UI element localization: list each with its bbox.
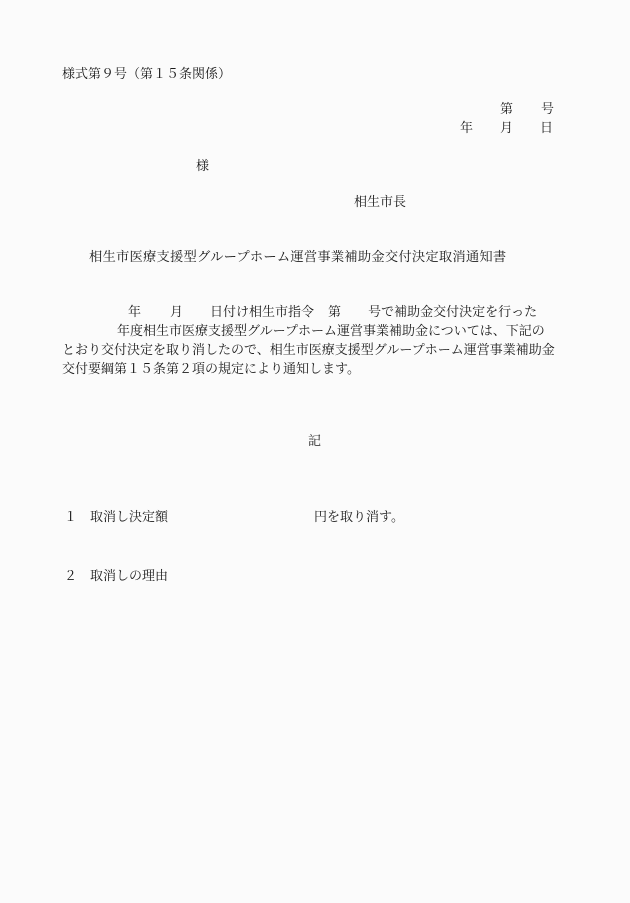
document-title: 相生市医療支援型グループホーム運営事業補助金交付決定取消通知書	[89, 251, 506, 264]
issuer-name: 相生市長	[354, 196, 406, 209]
body-number-prefix: 第	[328, 305, 341, 320]
document-number-suffix: 号	[541, 102, 554, 117]
item-cancellation-reason: ２取消しの理由	[64, 570, 168, 583]
body-date-reference: 日付け相生市指令	[210, 305, 314, 320]
body-month-label: 月	[170, 305, 183, 320]
document-number-prefix: 第	[500, 102, 513, 117]
body-line-3: とおり交付決定を取り消したので、相生市医療支援型グループホーム運営事業補助金	[62, 344, 580, 363]
form-number: 様式第９号（第１５条関係）	[62, 68, 231, 81]
recipient-honorific: 様	[196, 160, 209, 173]
item-2-number: ２	[64, 570, 90, 583]
item-1-label: 取消し決定額	[90, 510, 168, 525]
item-2-label: 取消しの理由	[90, 569, 168, 584]
date-day-label: 日	[540, 121, 553, 136]
date-year-label: 年	[460, 121, 473, 136]
date-month-label: 月	[500, 121, 513, 136]
item-1-suffix: 円を取り消す。	[314, 510, 404, 525]
body-number-suffix: 号で補助金交付決定を行った	[368, 305, 537, 320]
body-year-label: 年	[128, 305, 141, 320]
item-1-number: １	[64, 511, 90, 524]
body-line-4: 交付要綱第１５条第２項の規定により通知します。	[62, 363, 580, 382]
body-paragraph: 年月日付け相生市指令第号で補助金交付決定を行った 年度相生市医療支援型グループホ…	[62, 306, 580, 382]
document-number-line: 第号	[500, 103, 554, 116]
body-line-2-text: 年度相生市医療支援型グループホーム運営事業補助金については、下記の	[117, 324, 545, 339]
document-date-line: 年月日	[460, 122, 553, 135]
item-cancellation-amount: １取消し決定額円を取り消す。	[64, 511, 404, 524]
body-line-1: 年月日付け相生市指令第号で補助金交付決定を行った	[62, 306, 580, 325]
body-line-2: 年度相生市医療支援型グループホーム運営事業補助金については、下記の	[62, 325, 580, 344]
ki-heading: 記	[308, 435, 321, 448]
